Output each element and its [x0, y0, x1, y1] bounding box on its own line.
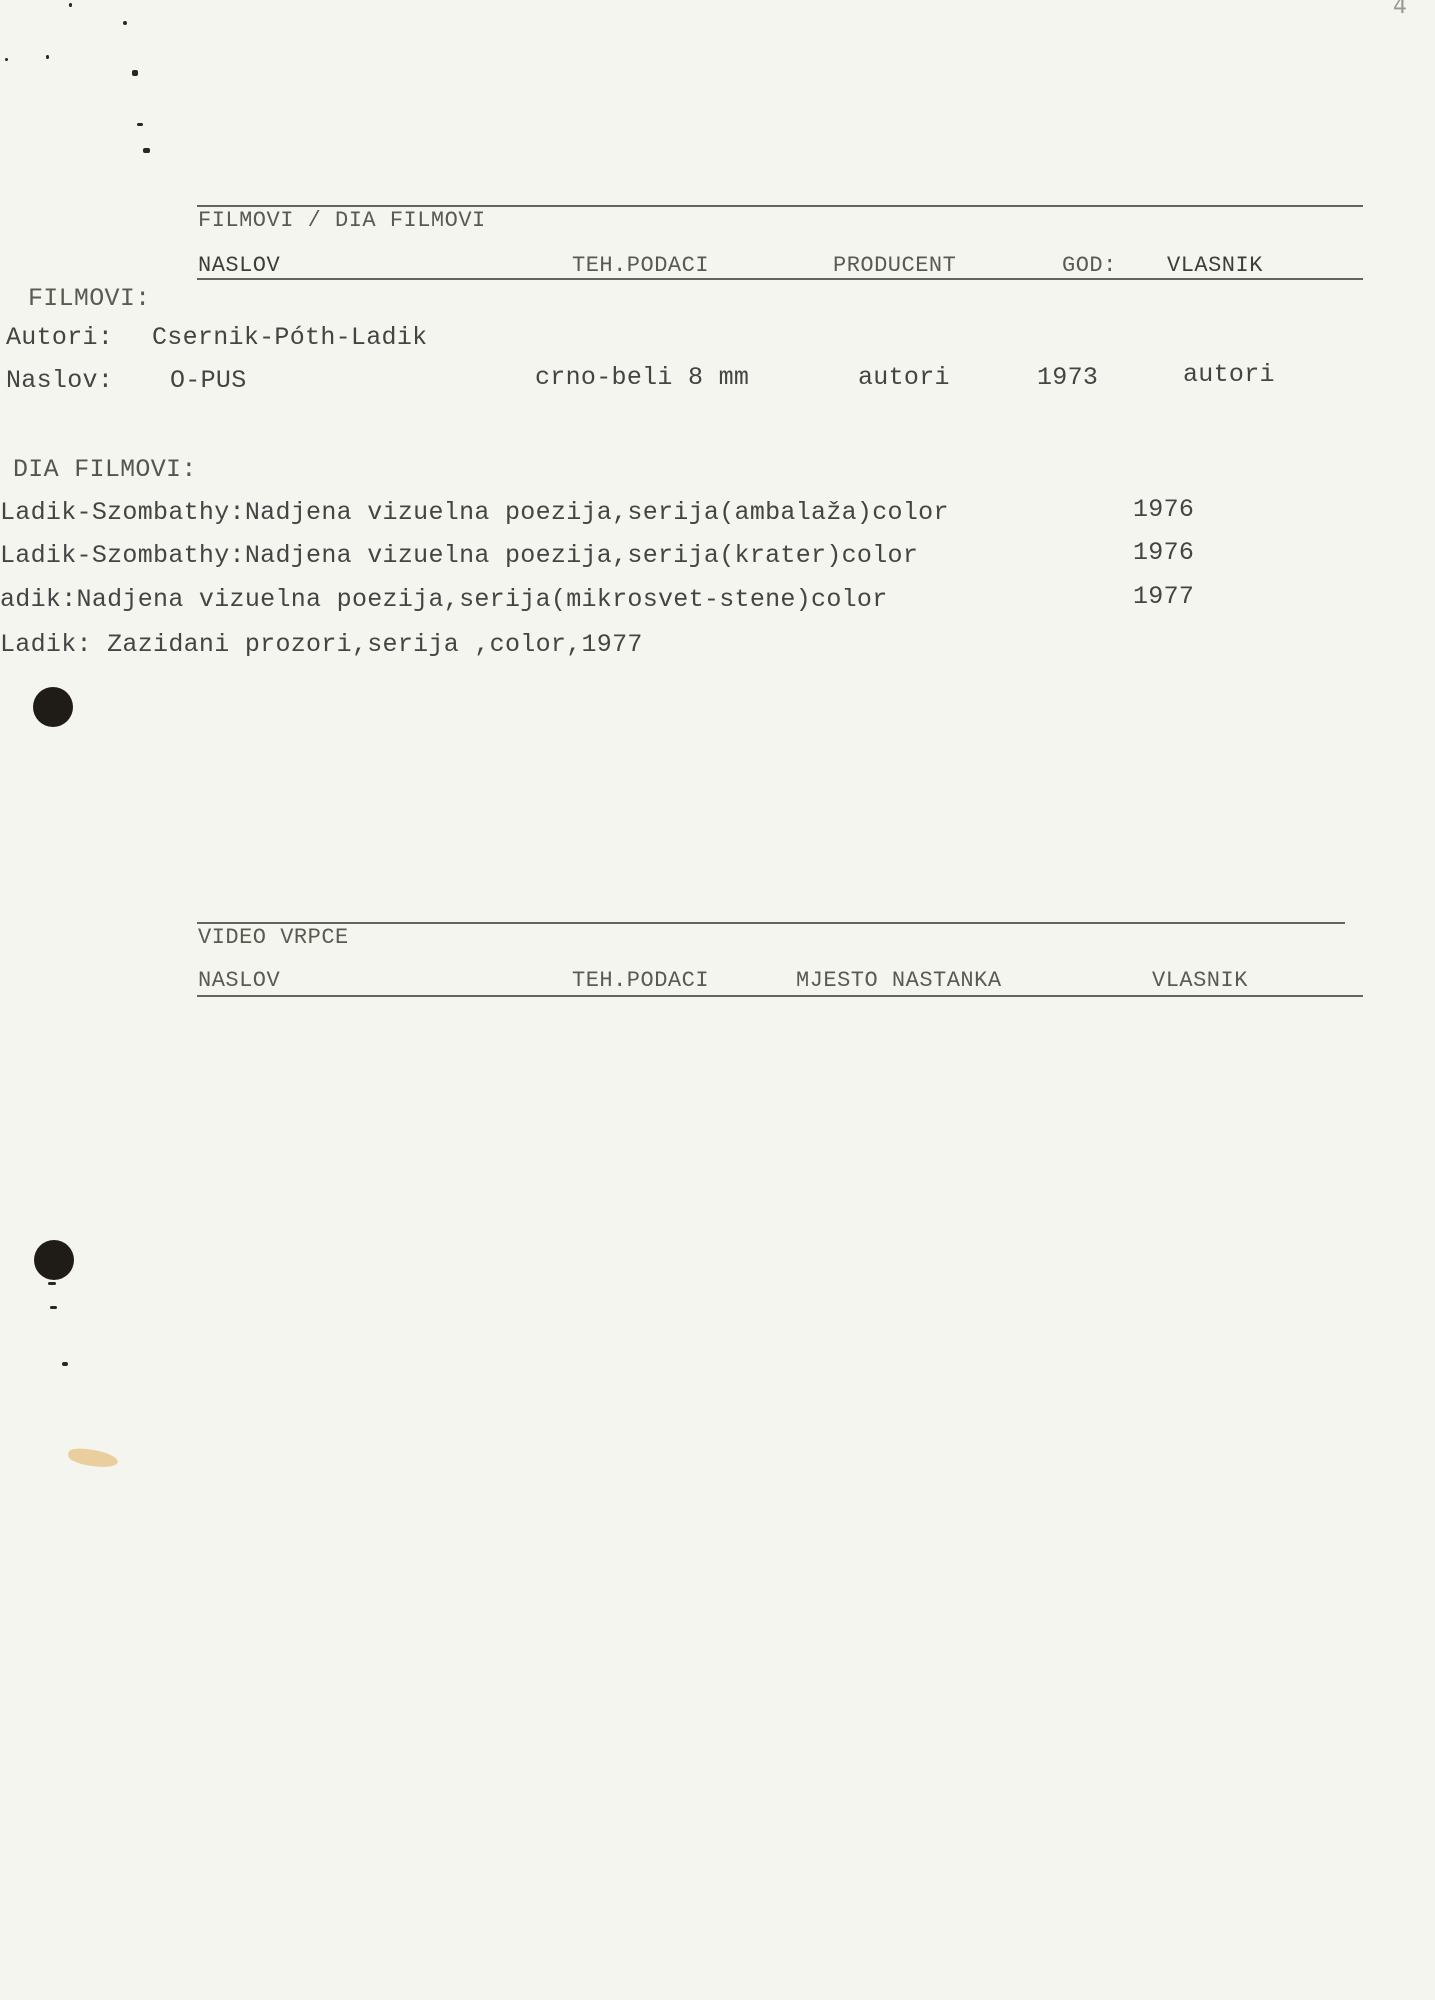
header-top-rule: [197, 205, 1363, 207]
title-label: Naslov:: [6, 366, 113, 395]
authors-value: Csernik-Póth-Ladik: [152, 323, 427, 352]
tech-value: crno-beli 8 mm: [535, 363, 749, 392]
dia-filmovi-label: DIA FILMOVI:: [13, 455, 197, 484]
year-value: 1973: [1037, 363, 1098, 392]
dia-film-year: 1977: [1133, 582, 1194, 611]
paper-stain: [67, 1447, 119, 1470]
video-header-top-rule: [197, 922, 1345, 924]
ink-speck: [50, 1306, 57, 1309]
column-header-god: GOD:: [1062, 253, 1117, 278]
producer-value: autori: [858, 363, 950, 392]
title-value: O-PUS: [170, 366, 247, 395]
column-header-producent: PRODUCENT: [833, 253, 956, 278]
column-header-teh-podaci: TEH.PODACI: [572, 968, 709, 993]
punch-hole: [34, 1240, 74, 1280]
ink-speck: [123, 21, 127, 25]
video-section-title: VIDEO VRPCE: [198, 925, 349, 950]
dia-film-text: Ladik-Szombathy:Nadjena vizuelna poezija…: [0, 498, 949, 527]
column-header-mjesto-nastanka: MJESTO NASTANKA: [796, 968, 1002, 993]
ink-speck: [48, 1282, 56, 1285]
ink-speck: [132, 70, 138, 76]
filmovi-label: FILMOVI:: [28, 284, 150, 313]
section-title: FILMOVI / DIA FILMOVI: [198, 208, 486, 233]
owner-value: autori: [1183, 360, 1275, 389]
column-header-naslov: NASLOV: [198, 968, 280, 993]
dia-film-text: Ladik: Zazidani prozori,serija ,color,19…: [0, 630, 643, 659]
video-header-bottom-rule: [197, 995, 1363, 997]
column-header-vlasnik: VLASNIK: [1152, 968, 1248, 993]
ink-speck: [69, 3, 72, 7]
ink-speck: [137, 123, 143, 126]
header-bottom-rule: [197, 278, 1363, 280]
ink-speck: [5, 58, 8, 61]
ink-speck: [62, 1362, 68, 1366]
column-header-teh-podaci: TEH.PODACI: [572, 253, 709, 278]
punch-hole: [33, 687, 73, 727]
ink-speck: [143, 148, 150, 153]
dia-film-text: adik:Nadjena vizuelna poezija,serija(mik…: [0, 585, 888, 614]
column-header-vlasnik: VLASNIK: [1167, 253, 1263, 278]
page-number: 4: [1393, 0, 1407, 19]
dia-film-year: 1976: [1133, 538, 1194, 567]
dia-film-text: Ladik-Szombathy:Nadjena vizuelna poezija…: [0, 541, 918, 570]
column-header-naslov: NASLOV: [198, 253, 280, 278]
ink-speck: [46, 55, 49, 59]
authors-label: Autori:: [6, 323, 113, 352]
dia-film-year: 1976: [1133, 495, 1194, 524]
